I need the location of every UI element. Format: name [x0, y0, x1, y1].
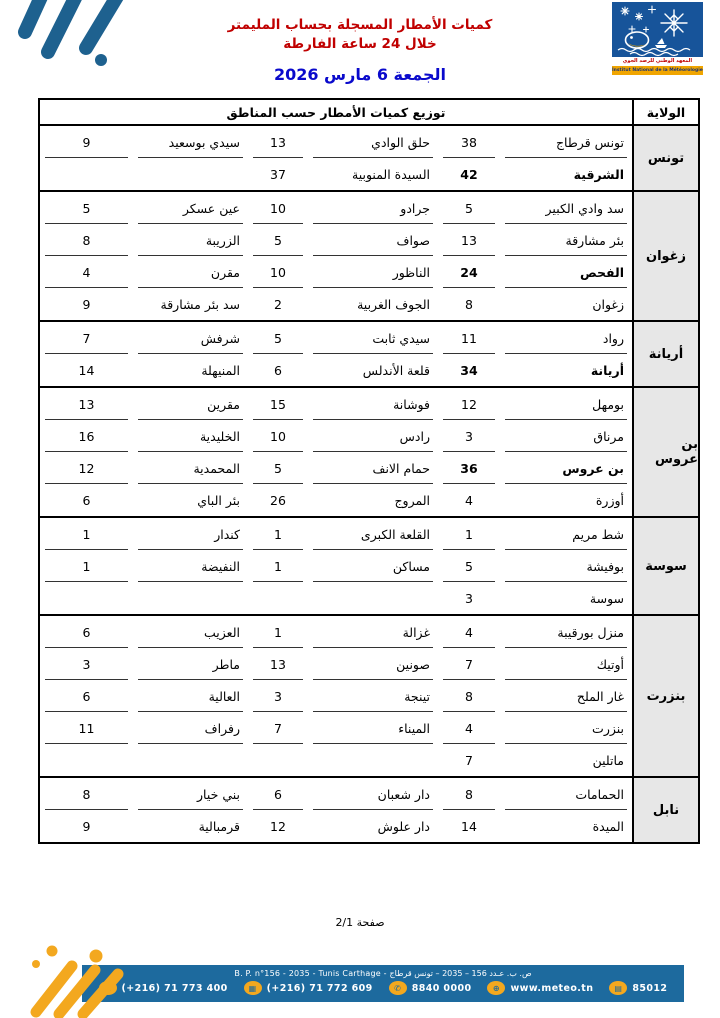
station-name-cell: جرادو	[308, 192, 438, 224]
station-name-cell: دار شعبان	[308, 778, 438, 810]
station-name-cell: المحمدية	[133, 452, 248, 484]
station-name-cell: الفحص	[500, 256, 632, 288]
rainfall-value-cell: 4	[438, 484, 500, 516]
handset-icon: ✆	[389, 981, 407, 995]
column-header-governorate: الولاية	[632, 100, 698, 124]
station-name-cell: مساكن	[308, 550, 438, 582]
governorate-group: نابلالحمامات8دار شعبان6بني خيار8الميدة14…	[40, 776, 698, 842]
rainfall-value-cell: 6	[40, 680, 133, 712]
rainfall-value-cell: 13	[438, 224, 500, 256]
station-name-cell: الميدة	[500, 810, 632, 842]
rainfall-value-cell: 36	[438, 452, 500, 484]
fax-icon: ▦	[244, 981, 262, 995]
station-name-cell: تونس قرطاج	[500, 126, 632, 158]
station-name-cell: دار علوش	[308, 810, 438, 842]
rainfall-value-cell: 3	[40, 648, 133, 680]
station-name-cell: بئر الباي	[133, 484, 248, 516]
rainfall-value-cell: 1	[438, 518, 500, 550]
rainfall-value-cell: 5	[248, 224, 308, 256]
contact-item: ▤85012	[609, 981, 667, 995]
station-name-cell: الجوف الغربية	[308, 288, 438, 320]
contact-item: ⊕www.meteo.tn	[487, 981, 593, 995]
station-name-cell	[133, 582, 248, 614]
rainfall-value-cell: 42	[438, 158, 500, 190]
rainfall-value-cell: 8	[438, 778, 500, 810]
station-name-cell	[133, 744, 248, 776]
contact-text: 85012	[632, 983, 667, 994]
rainfall-value-cell	[248, 582, 308, 614]
governorate-label: نابل	[632, 778, 698, 842]
rainfall-value-cell: 9	[40, 810, 133, 842]
governorate-label: بن عروس	[632, 388, 698, 516]
waves-icon	[618, 49, 690, 52]
inm-caption-arabic: المعهد الوطني للرصد الجوي	[612, 57, 703, 66]
rainfall-value-cell: 3	[248, 680, 308, 712]
rainfall-value-cell: 5	[40, 192, 133, 224]
station-name-cell: سد بئر مشارقة	[133, 288, 248, 320]
rainfall-value-cell: 1	[248, 550, 308, 582]
station-name-cell: بن عروس	[500, 452, 632, 484]
rainfall-value-cell: 5	[438, 550, 500, 582]
rainfall-value-cell: 6	[40, 484, 133, 516]
station-name-cell: بني خيار	[133, 778, 248, 810]
station-name-cell: عين عسكر	[133, 192, 248, 224]
rainfall-value-cell: 12	[40, 452, 133, 484]
station-name-cell: ماطر	[133, 648, 248, 680]
table-body: تونستونس قرطاج38حلق الوادي13سيدي بوسعيد9…	[40, 124, 698, 842]
rainfall-value-cell: 8	[438, 288, 500, 320]
station-name-cell: سيدي بوسعيد	[133, 126, 248, 158]
rainfall-value-cell: 1	[248, 518, 308, 550]
rainfall-value-cell: 6	[40, 616, 133, 648]
bulletin-page: كميات الأمطار المسجلة بحساب المليمتر خلا…	[0, 0, 720, 1018]
station-name-cell: المنيهلة	[133, 354, 248, 386]
rainfall-value-cell: 8	[438, 680, 500, 712]
station-name-cell: شرفش	[133, 322, 248, 354]
contact-text: 8840 0000	[412, 983, 472, 994]
rainfall-value-cell: 5	[438, 192, 500, 224]
governorate-group: زغوانسد وادي الكبير5جرادو10عين عسكر5بئر …	[40, 190, 698, 320]
station-name-cell: بوفيشة	[500, 550, 632, 582]
rainfall-value-cell: 11	[438, 322, 500, 354]
rainfall-value-cell: 7	[248, 712, 308, 744]
station-name-cell: تينجة	[308, 680, 438, 712]
rainfall-value-cell: 9	[40, 126, 133, 158]
station-name-cell: رواد	[500, 322, 632, 354]
station-name-cell: ماتلين	[500, 744, 632, 776]
rainfall-value-cell: 1	[40, 518, 133, 550]
rainfall-value-cell: 13	[248, 126, 308, 158]
rainfall-value-cell: 15	[248, 388, 308, 420]
station-name-cell: العزيب	[133, 616, 248, 648]
rainfall-value-cell: 4	[40, 256, 133, 288]
column-header-distribution: توزيع كميات الأمطار حسب المناطق	[40, 100, 632, 124]
station-name-cell	[308, 744, 438, 776]
inm-logo: المعهد الوطني للرصد الجوي Institut Natio…	[612, 2, 702, 75]
rainfall-value-cell: 7	[438, 648, 500, 680]
rainfall-value-cell: 14	[40, 354, 133, 386]
station-name-cell: المروج	[308, 484, 438, 516]
rainfall-value-cell: 13	[40, 388, 133, 420]
rainfall-value-cell: 5	[248, 452, 308, 484]
station-name-cell: الشرقية	[500, 158, 632, 190]
page-number: صفحة 2/1	[0, 916, 720, 929]
footer-brand-stripes	[28, 938, 153, 1018]
contact-text: (+216) 71 772 609	[267, 983, 373, 994]
rainfall-value-cell: 34	[438, 354, 500, 386]
rainfall-value-cell: 7	[438, 744, 500, 776]
rainfall-value-cell	[40, 744, 133, 776]
station-name-cell: سوسة	[500, 582, 632, 614]
station-name-cell: صواف	[308, 224, 438, 256]
globe-icon: ⊕	[487, 981, 505, 995]
rainfall-value-cell: 3	[438, 582, 500, 614]
station-name-cell: سيدي ثابت	[308, 322, 438, 354]
station-name-cell: بئر مشارقة	[500, 224, 632, 256]
station-name-cell: القلعة الكبرى	[308, 518, 438, 550]
rainfall-value-cell: 10	[248, 192, 308, 224]
station-name-cell: منزل بورقيبة	[500, 616, 632, 648]
boat-icon	[655, 38, 667, 48]
station-name-cell: رفراف	[133, 712, 248, 744]
rainfall-value-cell: 12	[438, 388, 500, 420]
rainfall-value-cell: 37	[248, 158, 308, 190]
footer-contact-bar: B. P. n°156 - 2035 - Tunis Carthage - ص.…	[82, 965, 684, 1002]
station-name-cell: فوشانة	[308, 388, 438, 420]
governorate-group: أريانةرواد11سيدي ثابت5شرفش7أريانة34قلعة …	[40, 320, 698, 386]
governorate-label: تونس	[632, 126, 698, 190]
station-name-cell: السيدة المنوبية	[308, 158, 438, 190]
governorate-group: سوسةشط مريم1القلعة الكبرى1كندار1بوفيشة5م…	[40, 516, 698, 614]
rainfall-table: الولاية توزيع كميات الأمطار حسب المناطق …	[38, 98, 700, 844]
rainfall-value-cell	[248, 744, 308, 776]
station-name-cell: شط مريم	[500, 518, 632, 550]
governorate-group: تونستونس قرطاج38حلق الوادي13سيدي بوسعيد9…	[40, 124, 698, 190]
rainfall-value-cell: 5	[248, 322, 308, 354]
rainfall-value-cell: 1	[40, 550, 133, 582]
station-name-cell: مرناق	[500, 420, 632, 452]
station-name-cell: حمام الانف	[308, 452, 438, 484]
contact-item: ▦(+216) 71 772 609	[244, 981, 373, 995]
governorate-group: بنزرتمنزل بورقيبة4غزالة1العزيب6أوتيك7صون…	[40, 614, 698, 776]
rainfall-value-cell	[40, 582, 133, 614]
rainfall-value-cell: 6	[248, 354, 308, 386]
rainfall-value-cell: 16	[40, 420, 133, 452]
rainfall-value-cell: 8	[40, 778, 133, 810]
rainfall-value-cell: 4	[438, 616, 500, 648]
station-name-cell: قلعة الأندلس	[308, 354, 438, 386]
station-name-cell: غار الملح	[500, 680, 632, 712]
station-name-cell: حلق الوادي	[308, 126, 438, 158]
station-name-cell: أريانة	[500, 354, 632, 386]
station-name-cell: الزريبة	[133, 224, 248, 256]
station-name-cell: الخليدية	[133, 420, 248, 452]
contact-text: www.meteo.tn	[510, 983, 593, 994]
station-name-cell: الميناء	[308, 712, 438, 744]
station-name-cell: قرمبالية	[133, 810, 248, 842]
rainfall-value-cell: 6	[248, 778, 308, 810]
rainfall-value-cell: 7	[40, 322, 133, 354]
governorate-group: بن عروسبومهل12فوشانة15مقرين13مرناق3رادس1…	[40, 386, 698, 516]
station-name-cell: مقرين	[133, 388, 248, 420]
rainfall-value-cell: 3	[438, 420, 500, 452]
rainfall-value-cell: 1	[248, 616, 308, 648]
rainfall-value-cell: 13	[248, 648, 308, 680]
station-name-cell: أوزرة	[500, 484, 632, 516]
governorate-label: بنزرت	[632, 616, 698, 776]
station-name-cell	[308, 582, 438, 614]
station-name-cell: صونين	[308, 648, 438, 680]
rainfall-value-cell: 8	[40, 224, 133, 256]
rainfall-value-cell: 9	[40, 288, 133, 320]
station-name-cell: الحمامات	[500, 778, 632, 810]
rainfall-value-cell: 4	[438, 712, 500, 744]
footer-address: B. P. n°156 - 2035 - Tunis Carthage - ص.…	[82, 969, 684, 978]
station-name-cell	[133, 158, 248, 190]
contact-item: ✆8840 0000	[389, 981, 472, 995]
rainfall-value-cell: 14	[438, 810, 500, 842]
rainfall-value-cell: 26	[248, 484, 308, 516]
station-name-cell: الناظور	[308, 256, 438, 288]
rainfall-value-cell: 11	[40, 712, 133, 744]
table-header-row: الولاية توزيع كميات الأمطار حسب المناطق	[40, 100, 698, 124]
governorate-label: سوسة	[632, 518, 698, 614]
rainfall-value-cell: 2	[248, 288, 308, 320]
station-name-cell: سد وادي الكبير	[500, 192, 632, 224]
station-name-cell: كندار	[133, 518, 248, 550]
rainfall-value-cell: 12	[248, 810, 308, 842]
inm-caption-french: Institut National de la Météorologie	[612, 66, 703, 75]
station-name-cell: بنزرت	[500, 712, 632, 744]
rainfall-value-cell: 10	[248, 256, 308, 288]
rainfall-value-cell	[40, 158, 133, 190]
station-name-cell: أوتيك	[500, 648, 632, 680]
station-name-cell: غزالة	[308, 616, 438, 648]
station-name-cell: النفيضة	[133, 550, 248, 582]
station-name-cell: مقرن	[133, 256, 248, 288]
station-name-cell: رادس	[308, 420, 438, 452]
station-name-cell: العالية	[133, 680, 248, 712]
sms-icon: ▤	[609, 981, 627, 995]
governorate-label: أريانة	[632, 322, 698, 386]
station-name-cell: بومهل	[500, 388, 632, 420]
governorate-label: زغوان	[632, 192, 698, 320]
inm-logo-emblem	[612, 2, 703, 57]
rainfall-value-cell: 24	[438, 256, 500, 288]
footer-contacts: ☎(+216) 71 773 400▦(+216) 71 772 609✆884…	[82, 981, 684, 995]
rainfall-value-cell: 38	[438, 126, 500, 158]
rainfall-value-cell: 10	[248, 420, 308, 452]
station-name-cell: زغوان	[500, 288, 632, 320]
weather-sea-icon	[612, 2, 698, 57]
